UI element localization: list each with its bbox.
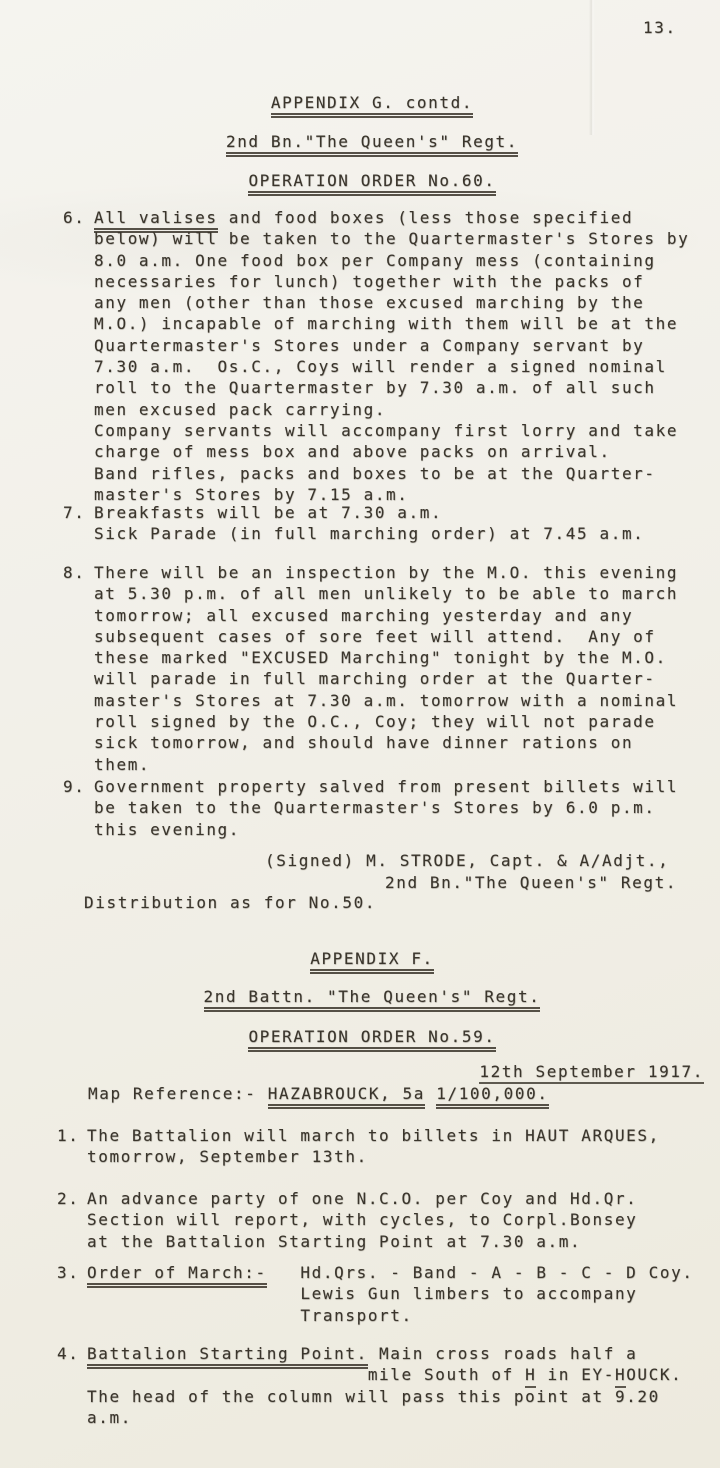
- text-segment: men excused pack carrying.: [94, 400, 386, 419]
- text-line: be taken to the Quartermaster's Stores b…: [94, 797, 678, 818]
- text-segment: Section will report, with cycles, to Cor…: [87, 1210, 637, 1229]
- text-segment: Transport.: [87, 1306, 413, 1325]
- text-line: men excused pack carrying.: [94, 399, 689, 420]
- text-segment: below) will be taken to the Quartermaste…: [94, 229, 689, 248]
- order-item-8: 8. There will be an inspection by the M.…: [63, 562, 678, 775]
- text-segment: master's Stores at 7.30 a.m. tomorrow wi…: [94, 691, 678, 710]
- item-number: 1.: [57, 1125, 87, 1146]
- text-line: subsequent cases of sore feet will atten…: [94, 626, 678, 647]
- text-line: All valises and food boxes (less those s…: [94, 207, 689, 228]
- text-line: tomorrow, September 13th.: [87, 1146, 660, 1167]
- text-segment: Sick Parade (in full marching order) at …: [94, 524, 644, 543]
- appendix-f-title-text: APPENDIX F.: [310, 948, 434, 974]
- text-segment: 8.0 a.m. One food box per Company mess (…: [94, 251, 656, 270]
- text-segment: Map Reference:-: [88, 1084, 268, 1103]
- appendix-g-title: APPENDIX G. contd.: [20, 92, 720, 118]
- distribution-line: Distribution as for No.50.: [84, 892, 376, 913]
- text-segment: mile South of: [87, 1365, 525, 1384]
- text-segment: tomorrow; all excused marching yesterday…: [94, 606, 633, 625]
- text-line: M.O.) incapable of marching with them wi…: [94, 313, 689, 334]
- text-segment: master's Stores by 7.15 a.m.: [94, 485, 409, 504]
- text-line: Breakfasts will be at 7.30 a.m.: [94, 502, 644, 523]
- appendix-g-unit-title-text: 2nd Bn."The Queen's" Regt.: [226, 131, 518, 157]
- text-line: Sick Parade (in full marching order) at …: [94, 523, 644, 544]
- text-line: any men (other than those excused marchi…: [94, 292, 689, 313]
- text-line: roll to the Quartermaster by 7.30 a.m. o…: [94, 377, 689, 398]
- order-item-7: 7. Breakfasts will be at 7.30 a.m.Sick P…: [63, 502, 644, 545]
- item-text: There will be an inspection by the M.O. …: [94, 562, 678, 775]
- text-line: will parade in full marching order at th…: [94, 668, 678, 689]
- underlined-text: H: [615, 1364, 626, 1387]
- text-segment: in EY-: [536, 1365, 615, 1384]
- text-segment: Company servants will accompany first lo…: [94, 421, 678, 440]
- page-number: 13.: [643, 17, 677, 38]
- item-text: All valises and food boxes (less those s…: [94, 207, 689, 505]
- item-number: 3.: [57, 1262, 87, 1283]
- text-segment: There will be an inspection by the M.O. …: [94, 563, 678, 582]
- text-segment: M.O.) incapable of marching with them wi…: [94, 314, 678, 333]
- order-item-2: 2. An advance party of one N.C.O. per Co…: [57, 1188, 637, 1252]
- appendix-g-order-title: OPERATION ORDER No.60.: [20, 170, 720, 196]
- text-segment: subsequent cases of sore feet will atten…: [94, 627, 656, 646]
- text-segment: Breakfasts will be at 7.30 a.m.: [94, 503, 442, 522]
- text-segment: Government property salved from present …: [94, 777, 678, 796]
- appendix-f-unit-title-text: 2nd Battn. "The Queen's" Regt.: [204, 986, 541, 1012]
- appendix-f-title: APPENDIX F.: [20, 948, 720, 974]
- text-segment: charge of mess box and above packs on ar…: [94, 442, 611, 461]
- text-line: mile South of H in EY-HOUCK.: [87, 1364, 682, 1385]
- item-text: An advance party of one N.C.O. per Coy a…: [87, 1188, 637, 1252]
- text-segment: Hd.Qrs. - Band - A - B - C - D Coy.: [267, 1263, 694, 1282]
- text-line: master's Stores at 7.30 a.m. tomorrow wi…: [94, 690, 678, 711]
- text-segment: these marked "EXCUSED Marching" tonight …: [94, 648, 667, 667]
- text-segment: any men (other than those excused marchi…: [94, 293, 644, 312]
- document-page: 13. APPENDIX G. contd. 2nd Bn."The Queen…: [0, 0, 720, 1468]
- text-segment: this evening.: [94, 820, 240, 839]
- text-line: below) will be taken to the Quartermaste…: [94, 228, 689, 249]
- text-segment: a.m.: [87, 1408, 132, 1427]
- text-segment: at 5.30 p.m. of all men unlikely to be a…: [94, 584, 678, 603]
- item-number: 6.: [63, 207, 94, 228]
- text-segment: Lewis Gun limbers to accompany: [87, 1284, 637, 1303]
- signature-line-1: (Signed) M. STRODE, Capt. & A/Adjt.,: [265, 850, 669, 871]
- text-segment: tomorrow, September 13th.: [87, 1147, 368, 1166]
- text-line: There will be an inspection by the M.O. …: [94, 562, 678, 583]
- text-segment: and food boxes (less those specified: [218, 208, 634, 227]
- text-segment: Quartermaster's Stores under a Company s…: [94, 336, 644, 355]
- item-number: 2.: [57, 1188, 87, 1209]
- text-line: at 5.30 p.m. of all men unlikely to be a…: [94, 583, 678, 604]
- text-line: Company servants will accompany first lo…: [94, 420, 689, 441]
- text-line: a.m.: [87, 1407, 682, 1428]
- underlined-text: H: [525, 1364, 536, 1387]
- text-line: An advance party of one N.C.O. per Coy a…: [87, 1188, 637, 1209]
- order-item-9: 9. Government property salved from prese…: [63, 776, 678, 840]
- text-line: these marked "EXCUSED Marching" tonight …: [94, 647, 678, 668]
- item-number: 8.: [63, 562, 94, 583]
- underlined-text: 1/100,000.: [436, 1083, 548, 1109]
- appendix-f-unit-title: 2nd Battn. "The Queen's" Regt.: [20, 986, 720, 1012]
- item-number: 4.: [57, 1343, 87, 1364]
- date-text: 12th September 1917.: [479, 1061, 704, 1084]
- text-segment: 7.30 a.m. Os.C., Coys will render a sign…: [94, 357, 667, 376]
- text-segment: at the Battalion Starting Point at 7.30 …: [87, 1232, 581, 1251]
- item-text: The Battalion will march to billets in H…: [87, 1125, 660, 1168]
- item-number: 7.: [63, 502, 94, 523]
- appendix-f-order-title: OPERATION ORDER No.59.: [20, 1026, 720, 1052]
- text-line: them.: [94, 754, 678, 775]
- date-line: 12th September 1917.: [479, 1061, 704, 1084]
- text-segment: The head of the column will pass this po…: [87, 1387, 660, 1406]
- text-line: The Battalion will march to billets in H…: [87, 1125, 660, 1146]
- text-segment: necessaries for lunch) together with the…: [94, 272, 644, 291]
- order-item-4: 4. Battalion Starting Point. Main cross …: [57, 1343, 682, 1428]
- appendix-g-order-title-text: OPERATION ORDER No.60.: [248, 170, 495, 196]
- text-line: Quartermaster's Stores under a Company s…: [94, 335, 689, 356]
- text-line: Order of March:- Hd.Qrs. - Band - A - B …: [87, 1262, 694, 1283]
- text-line: this evening.: [94, 819, 678, 840]
- text-line: charge of mess box and above packs on ar…: [94, 441, 689, 462]
- text-line: 7.30 a.m. Os.C., Coys will render a sign…: [94, 356, 689, 377]
- text-segment: OUCK.: [626, 1365, 682, 1384]
- text-segment: The Battalion will march to billets in H…: [87, 1126, 660, 1145]
- text-line: roll signed by the O.C., Coy; they will …: [94, 711, 678, 732]
- text-segment: [425, 1084, 436, 1103]
- text-line: The head of the column will pass this po…: [87, 1386, 682, 1407]
- text-line: Battalion Starting Point. Main cross roa…: [87, 1343, 682, 1364]
- text-segment: Band rifles, packs and boxes to be at th…: [94, 464, 656, 483]
- text-segment: them.: [94, 755, 150, 774]
- text-line: Band rifles, packs and boxes to be at th…: [94, 463, 689, 484]
- text-line: at the Battalion Starting Point at 7.30 …: [87, 1231, 637, 1252]
- item-text: Government property salved from present …: [94, 776, 678, 840]
- item-number: 9.: [63, 776, 94, 797]
- text-segment: An advance party of one N.C.O. per Coy a…: [87, 1189, 637, 1208]
- text-segment: roll signed by the O.C., Coy; they will …: [94, 712, 656, 731]
- text-line: Lewis Gun limbers to accompany: [87, 1283, 694, 1304]
- text-line: Section will report, with cycles, to Cor…: [87, 1209, 637, 1230]
- text-line: necessaries for lunch) together with the…: [94, 271, 689, 292]
- order-item-3: 3. Order of March:- Hd.Qrs. - Band - A -…: [57, 1262, 694, 1326]
- appendix-f-order-title-text: OPERATION ORDER No.59.: [248, 1026, 495, 1052]
- underlined-text: HAZABROUCK, 5a: [268, 1083, 425, 1109]
- appendix-g-unit-title: 2nd Bn."The Queen's" Regt.: [20, 131, 720, 157]
- order-item-6: 6. All valises and food boxes (less thos…: [63, 207, 689, 505]
- text-line: tomorrow; all excused marching yesterday…: [94, 605, 678, 626]
- text-line: sick tomorrow, and should have dinner ra…: [94, 732, 678, 753]
- appendix-g-title-text: APPENDIX G. contd.: [271, 92, 473, 118]
- text-segment: Main cross roads half a: [368, 1344, 638, 1363]
- text-line: Map Reference:- HAZABROUCK, 5a 1/100,000…: [88, 1083, 549, 1104]
- text-segment: be taken to the Quartermaster's Stores b…: [94, 798, 656, 817]
- item-text: Order of March:- Hd.Qrs. - Band - A - B …: [87, 1262, 694, 1326]
- item-text: Breakfasts will be at 7.30 a.m.Sick Para…: [94, 502, 644, 545]
- text-segment: will parade in full marching order at th…: [94, 669, 656, 688]
- text-line: 8.0 a.m. One food box per Company mess (…: [94, 250, 689, 271]
- map-reference-line: Map Reference:- HAZABROUCK, 5a 1/100,000…: [88, 1083, 549, 1104]
- text-segment: sick tomorrow, and should have dinner ra…: [94, 733, 633, 752]
- text-line: Transport.: [87, 1305, 694, 1326]
- text-segment: roll to the Quartermaster by 7.30 a.m. o…: [94, 378, 656, 397]
- item-text: Battalion Starting Point. Main cross roa…: [87, 1343, 682, 1428]
- order-item-1: 1. The Battalion will march to billets i…: [57, 1125, 660, 1168]
- signature-line-2: 2nd Bn."The Queen's" Regt.: [385, 872, 677, 893]
- text-line: Government property salved from present …: [94, 776, 678, 797]
